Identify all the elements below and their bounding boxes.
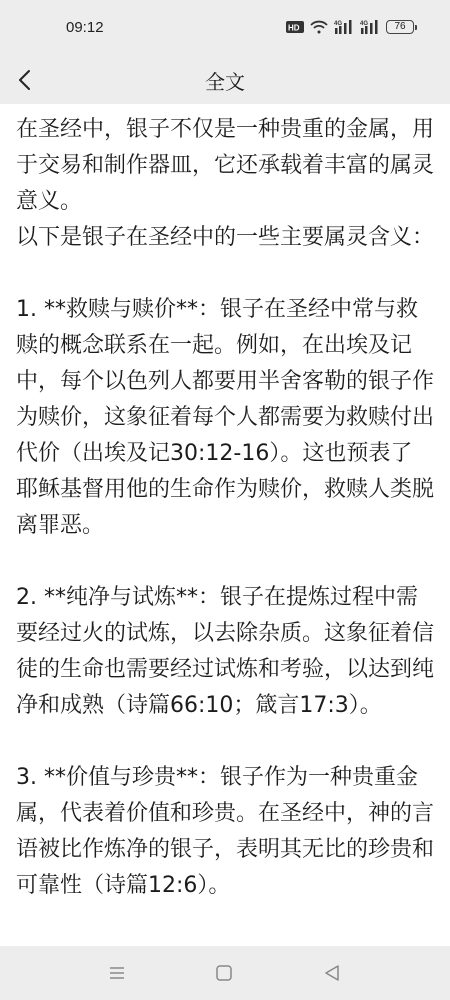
menu-icon [108,965,126,981]
svg-text:HD: HD [288,24,300,33]
home-button[interactable] [209,958,239,988]
battery-icon: 76 [386,20,414,34]
navigation-bar [0,946,450,1000]
nav-back-button[interactable] [317,958,347,988]
paragraph-point-3: 3. **价值与珍贵**：银子作为一种贵重金属，代表着价值和珍贵。在圣经中，神的… [16,760,434,904]
blank-line [16,256,434,292]
blank-line [16,724,434,760]
header: 全文 [0,58,450,104]
status-bar: 09:12 HD 4G 4G 76 [0,0,450,58]
back-triangle-icon [323,964,341,982]
article-content[interactable]: 在圣经中，银子不仅是一种贵重的金属，用于交易和制作器皿，它还承载着丰富的属灵意义… [0,104,450,946]
hd-icon: HD [286,21,304,33]
paragraph-lead: 以下是银子在圣经中的一些主要属灵含义： [16,220,434,256]
page-title: 全文 [0,66,450,95]
home-icon [215,964,233,982]
status-time: 09:12 [66,19,104,36]
paragraph-intro: 在圣经中，银子不仅是一种贵重的金属，用于交易和制作器皿，它还承载着丰富的属灵意义… [16,112,434,220]
signal-1-icon: 4G [334,20,354,34]
paragraph-point-1: 1. **救赎与赎价**：银子在圣经中常与救赎的概念联系在一起。例如，在出埃及记… [16,292,434,544]
wifi-icon [310,20,328,34]
signal-2-icon: 4G [360,20,380,34]
paragraph-point-2: 2. **纯净与试炼**：银子在提炼过程中需要经过火的试炼，以去除杂质。这象征着… [16,580,434,724]
blank-line [16,544,434,580]
status-icons: HD 4G 4G 76 [286,20,414,34]
recent-apps-button[interactable] [102,958,132,988]
